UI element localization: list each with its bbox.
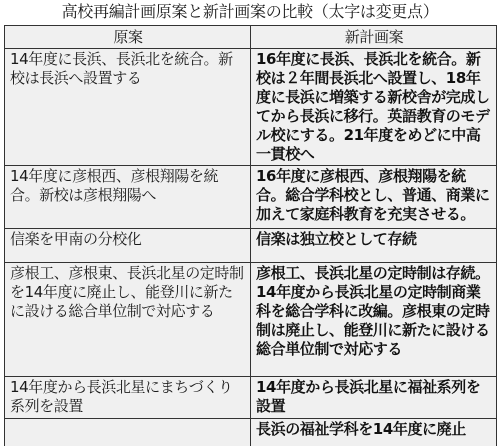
table-row: 14年度から長浜北星にまちづくり系列を設置 14年度から長浜北星に福祉系列を設置 xyxy=(5,377,497,419)
cell-original: 彦根工、彦根東、長浜北星の定時制を14年度に廃止し、能登川に新たに設ける総合単位… xyxy=(5,263,251,377)
column-header-original: 原案 xyxy=(5,26,251,49)
cell-new-plan: 長浜の福祉学科を14年度に廃止 xyxy=(251,419,497,446)
table-row: 彦根工、彦根東、長浜北星の定時制を14年度に廃止し、能登川に新たに設ける総合単位… xyxy=(5,263,497,377)
cell-new-plan: 信楽は独立校として存続 xyxy=(251,229,497,263)
table-title: 高校再編計画原案と新計画案の比較（太字は変更点） xyxy=(0,2,500,22)
cell-new-plan: 14年度から長浜北星に福祉系列を設置 xyxy=(251,377,497,419)
column-header-new-plan: 新計画案 xyxy=(251,26,497,49)
table-row: 14年度に彦根西、彦根翔陽を統合。新校は彦根翔陽へ 16年度に彦根西、彦根翔陽を… xyxy=(5,166,497,229)
table-row: 長浜の福祉学科を14年度に廃止 xyxy=(5,419,497,446)
cell-new-plan: 彦根工、長浜北星の定時制は存続。14年度から長浜北星の定時制商業科を総合学科に改… xyxy=(251,263,497,377)
cell-original: 14年度に彦根西、彦根翔陽を統合。新校は彦根翔陽へ xyxy=(5,166,251,229)
cell-original: 14年度から長浜北星にまちづくり系列を設置 xyxy=(5,377,251,419)
table-row: 14年度に長浜、長浜北を統合。新校は長浜へ設置する 16年度に長浜、長浜北を統合… xyxy=(5,49,497,166)
cell-new-plan: 16年度に彦根西、彦根翔陽を統合。総合学科校とし、普通、商業に加えて家庭科教育を… xyxy=(251,166,497,229)
table-row: 信楽を甲南の分校化 信楽は独立校として存続 xyxy=(5,229,497,263)
cell-original: 信楽を甲南の分校化 xyxy=(5,229,251,263)
cell-original: 14年度に長浜、長浜北を統合。新校は長浜へ設置する xyxy=(5,49,251,166)
cell-original xyxy=(5,419,251,446)
cell-new-plan: 16年度に長浜、長浜北を統合。新校は２年間長浜北へ設置し、18年度に長浜に増築す… xyxy=(251,49,497,166)
comparison-table: 原案 新計画案 14年度に長浜、長浜北を統合。新校は長浜へ設置する 16年度に長… xyxy=(4,25,497,446)
header-row: 原案 新計画案 xyxy=(5,26,497,49)
